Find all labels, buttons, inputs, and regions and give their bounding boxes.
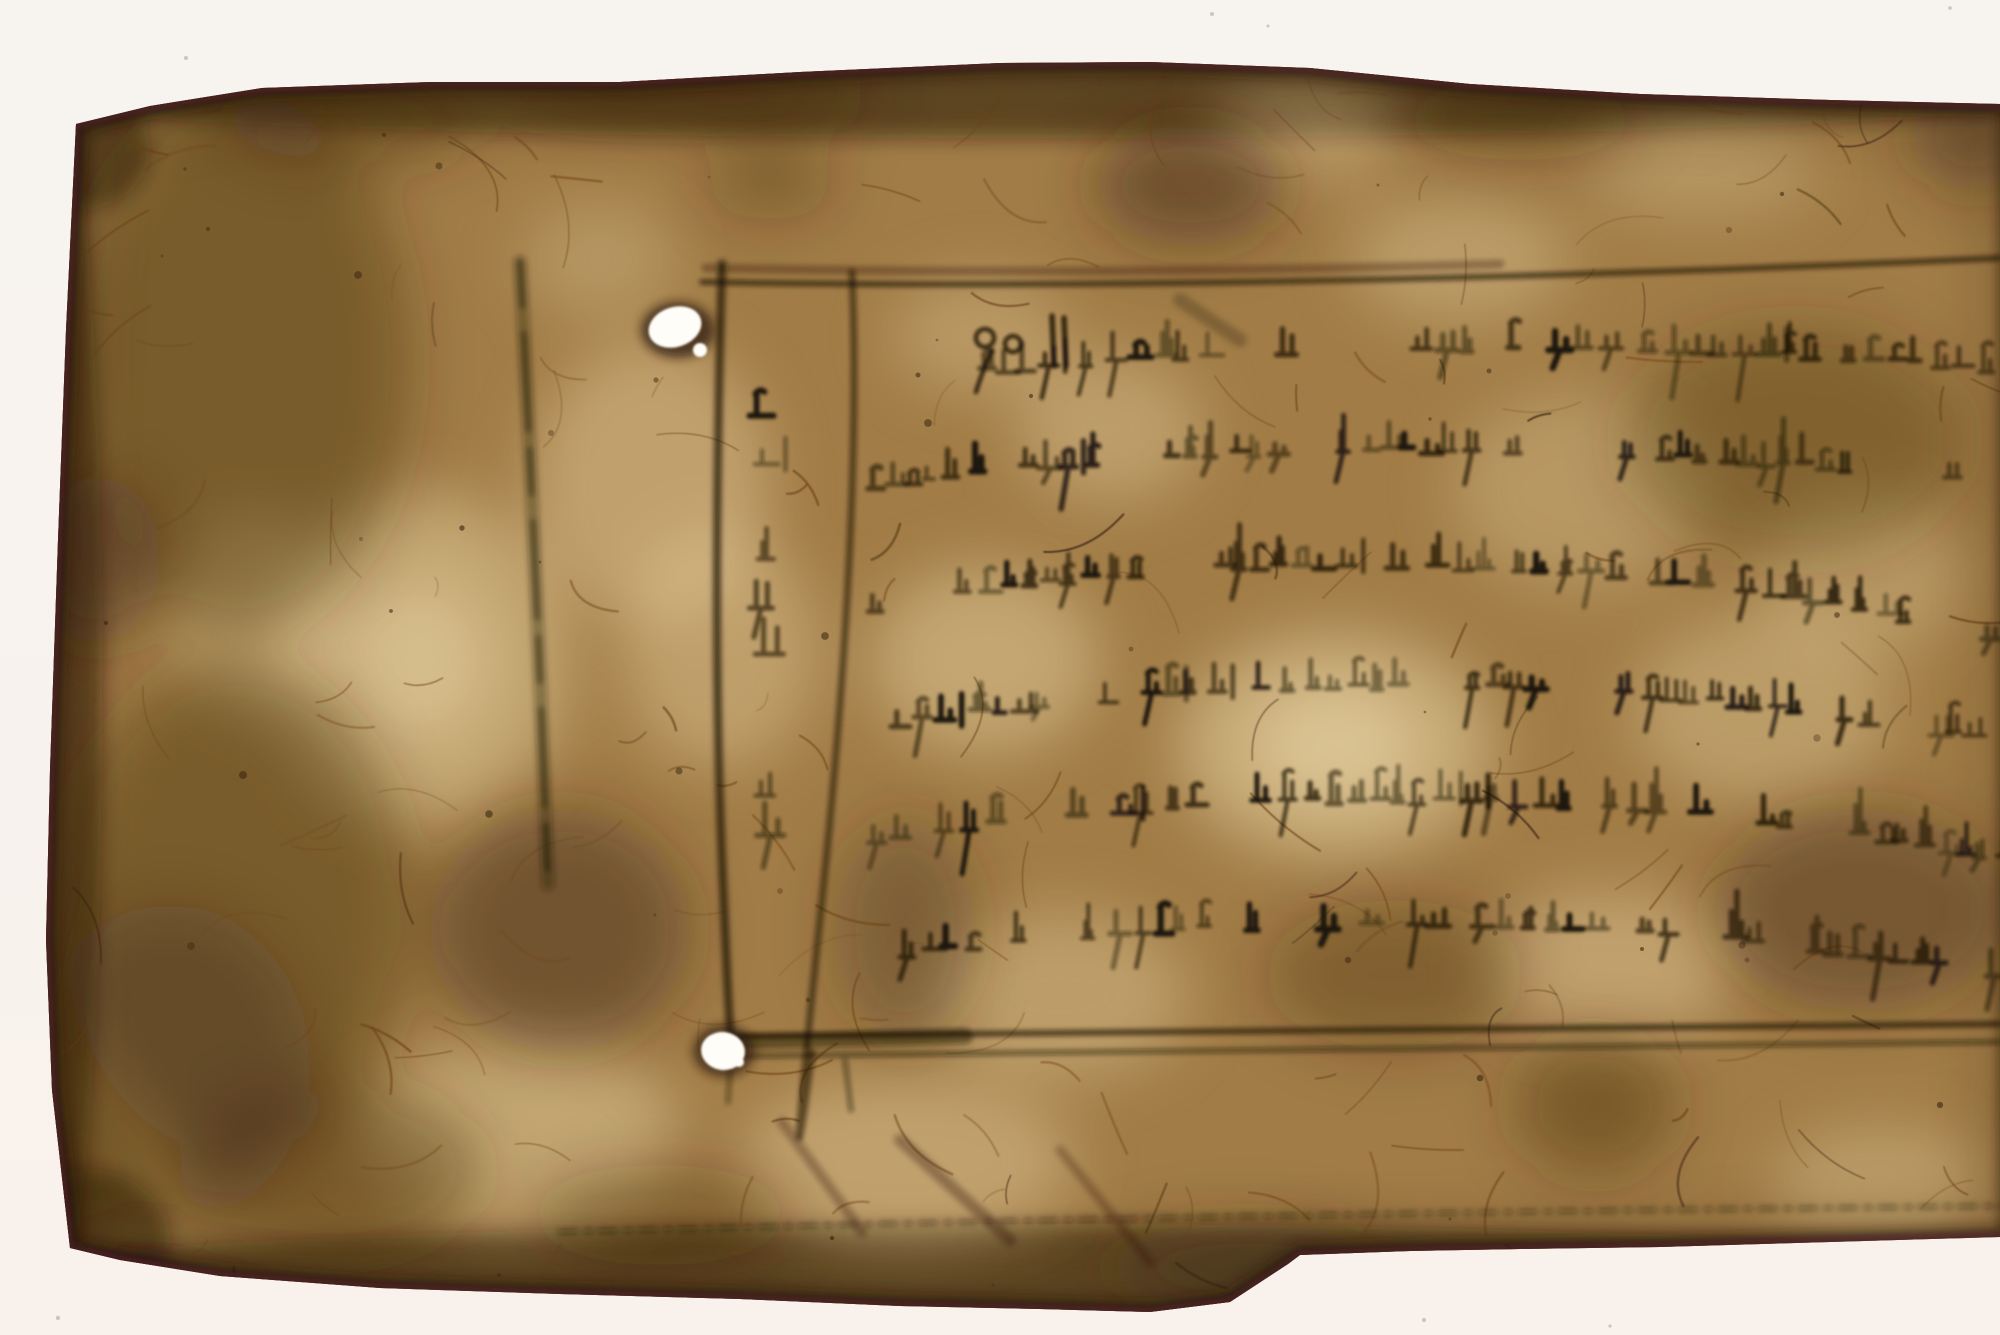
leaf (0, 0, 2000, 1335)
photo-stage (0, 0, 2000, 1335)
string-hole-bottom (693, 1025, 755, 1077)
manuscript-scan (0, 0, 2000, 1335)
